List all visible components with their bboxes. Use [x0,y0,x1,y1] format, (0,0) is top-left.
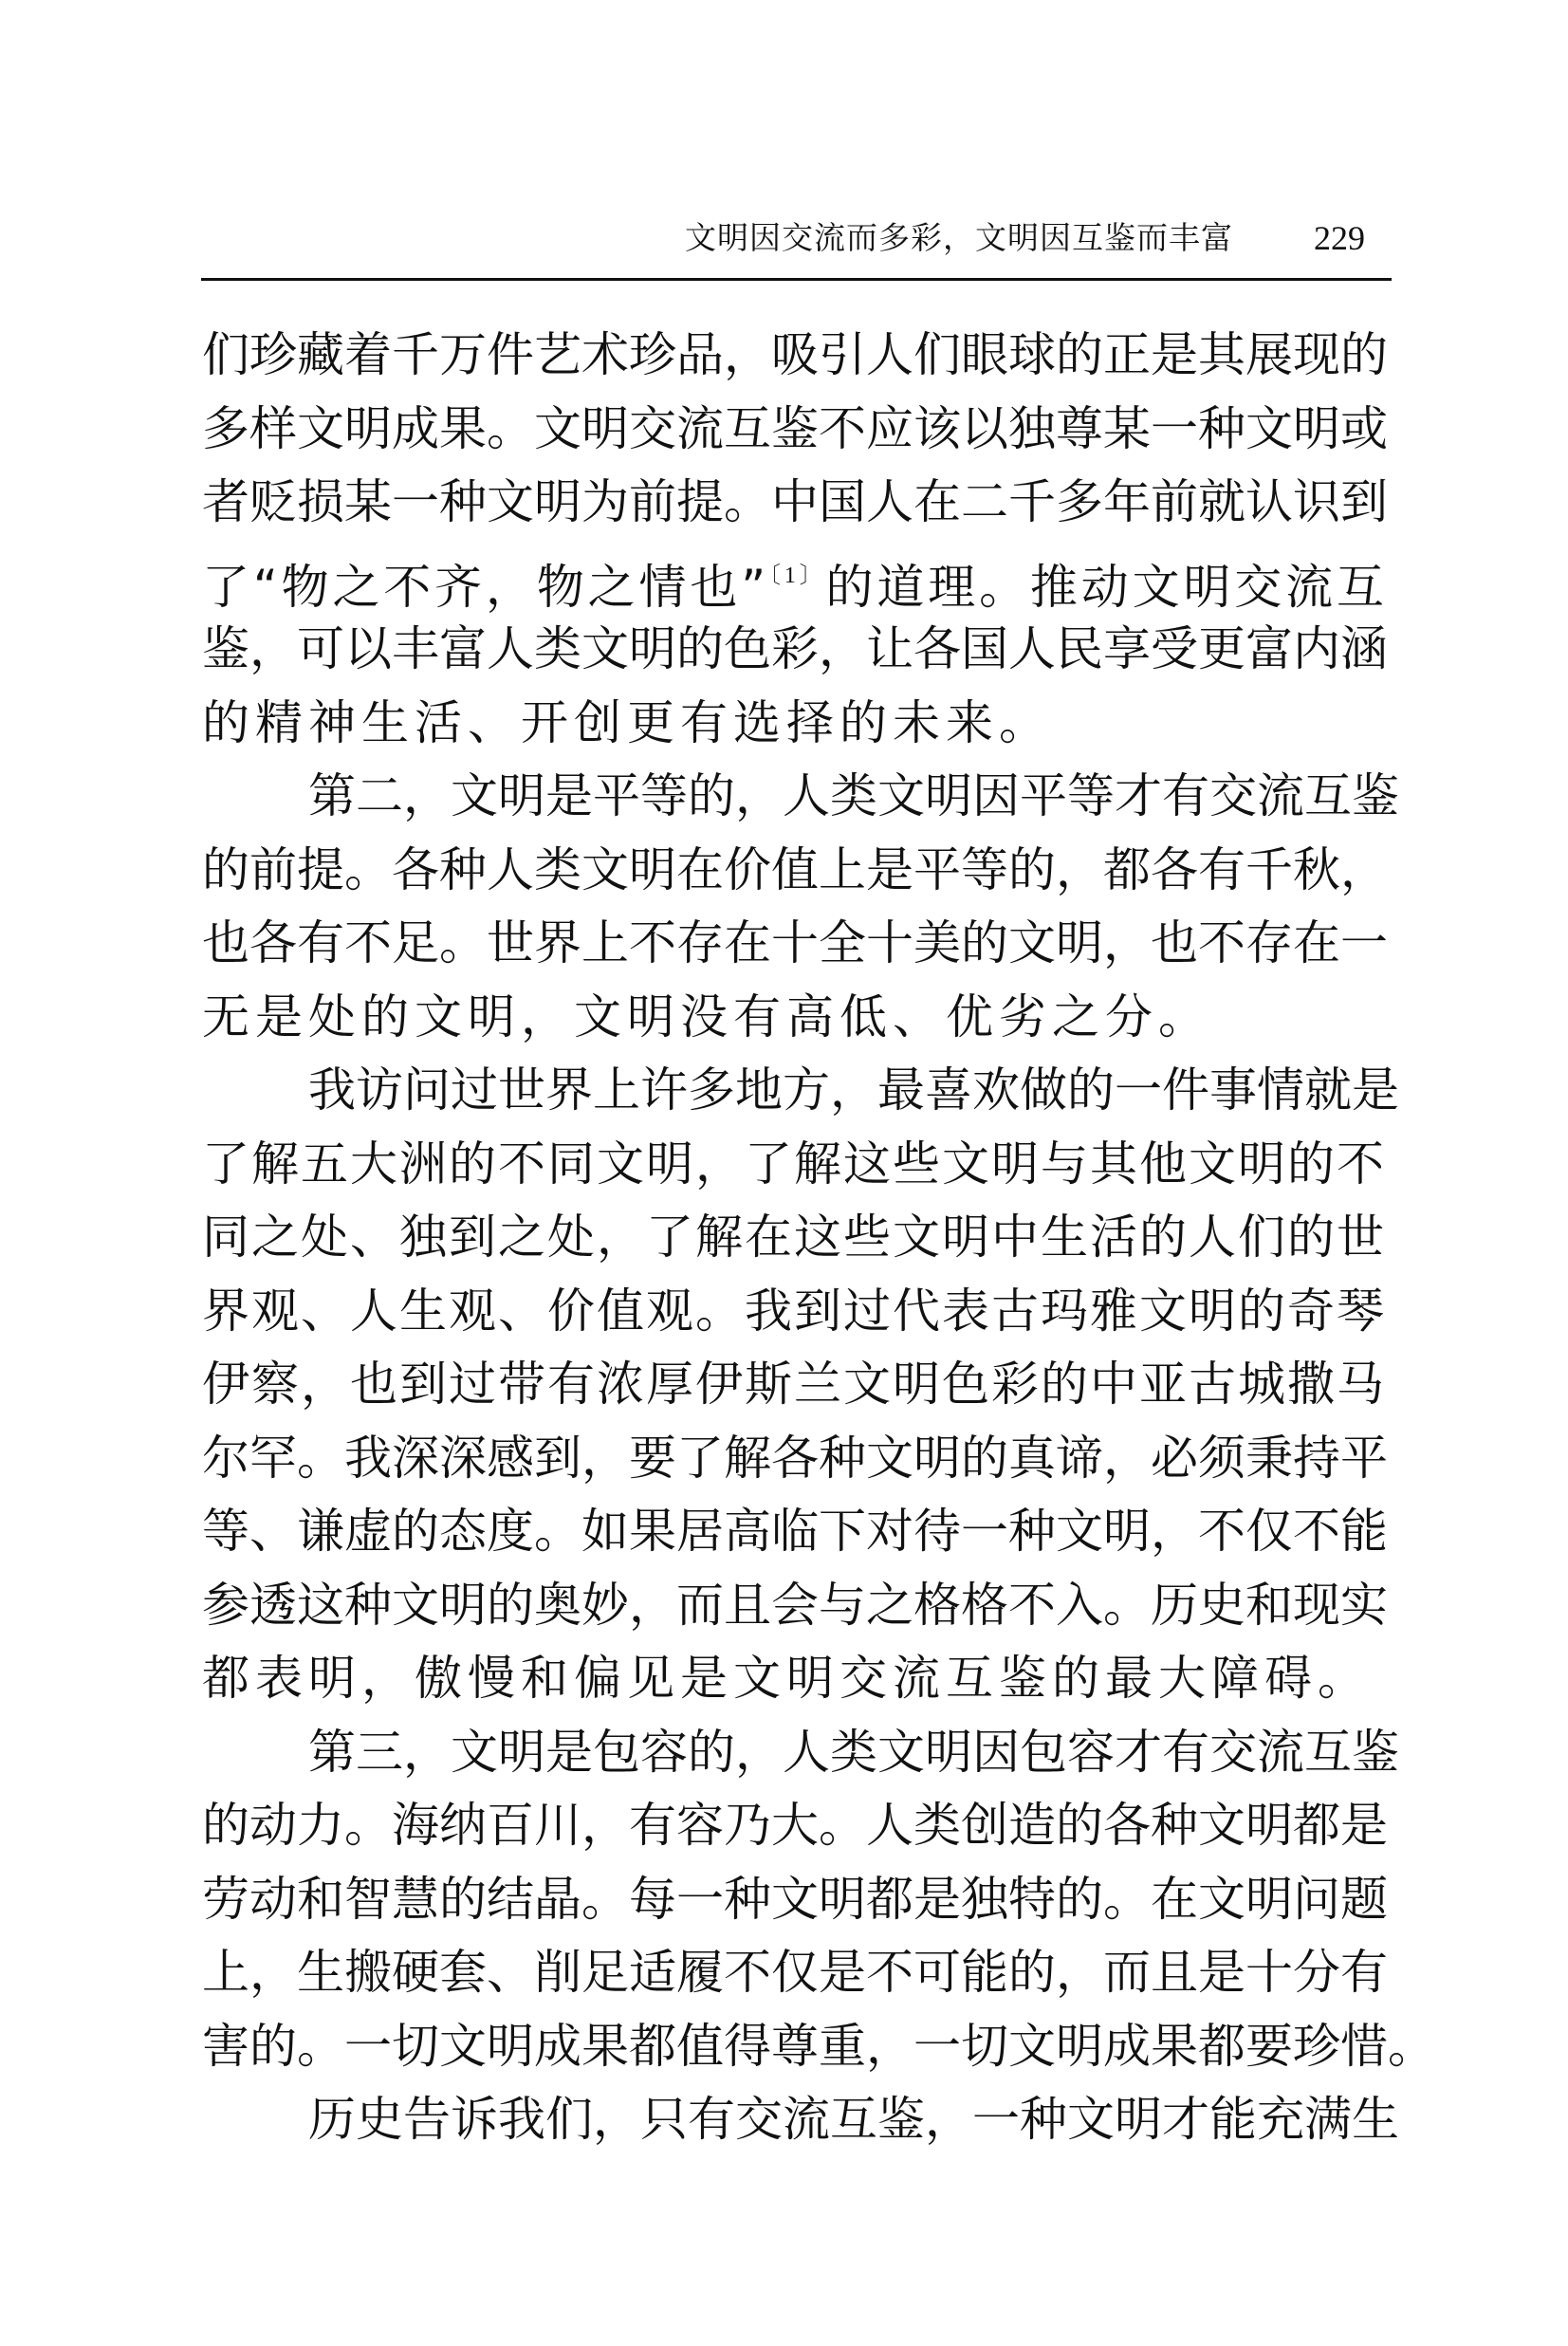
paragraph-start-visits: 我访问过世界上许多地方，最喜欢做的一件事情就是 [202,1060,1384,1134]
text-line: 鉴，可以丰富人类文明的色彩，让各国人民享受更富内涵 [202,619,1384,693]
header-rule [201,278,1392,281]
text-line: 也各有不足。世界上不存在十全十美的文明，也不存在一 [202,913,1384,987]
running-head: 文明因交流而多彩，文明因互鉴而丰富 229 [201,214,1392,262]
quote-tail: 的道理。推动文明交流互 [826,560,1384,615]
text-line: 参透这种文明的奥妙，而且会与之格格不入。历史和现实 [202,1575,1384,1649]
paragraph-start-second: 第二，文明是平等的，人类文明因平等才有交流互鉴 [202,766,1384,840]
paragraph-start-history: 历史告诉我们，只有交流互鉴，一种文明才能充满生 [202,2089,1384,2163]
text-line: 们珍藏着千万件艺术珍品，吸引人们眼球的正是其展现的 [202,324,1384,398]
running-title: 文明因交流而多彩，文明因互鉴而丰富 [685,214,1233,262]
text-line: 者贬损某一种文明为前提。中国人在二千多年前就认识到 [202,471,1384,545]
text-line: 伊察，也到过带有浓厚伊斯兰文明色彩的中亚古城撒马 [202,1354,1384,1428]
text-line-paragraph-end: 的精神生活、开创更有选择的未来。 [202,693,1384,767]
text-line-paragraph-end: 害的。一切文明成果都值得尊重，一切文明成果都要珍惜。 [202,2016,1384,2090]
text-line-paragraph-end: 无是处的文明，文明没有高低、优劣之分。 [202,987,1384,1061]
text-line: 的前提。各种人类文明在价值上是平等的，都各有千秋， [202,840,1384,914]
text-line: 界观、人生观、价值观。我到过代表古玛雅文明的奇琴 [202,1281,1384,1355]
text-line: 劳动和智慧的结晶。每一种文明都是独特的。在文明问题 [202,1869,1384,1943]
quote-text: 了“物之不齐，物之情也” [202,560,766,615]
paragraph-start-third: 第三，文明是包容的，人类文明因包容才有交流互鉴 [202,1722,1384,1796]
text-line: 同之处、独到之处，了解在这些文明中生活的人们的世 [202,1207,1384,1281]
text-line: 尔罕。我深深感到，要了解各种文明的真谛，必须秉持平 [202,1428,1384,1502]
text-line-with-footnote: 了“物之不齐，物之情也”〔1〕的道理。推动文明交流互 [202,545,1384,619]
text-line: 的动力。海纳百川，有容乃大。人类创造的各种文明都是 [202,1795,1384,1869]
text-line: 等、谦虚的态度。如果居高临下对待一种文明，不仅不能 [202,1501,1384,1575]
page-number: 229 [1314,214,1365,262]
text-line: 了解五大洲的不同文明，了解这些文明与其他文明的不 [202,1134,1384,1208]
footnote-marker[interactable]: 〔1〕 [766,563,825,588]
text-line: 上，生搬硬套、削足适履不仅是不可能的，而且是十分有 [202,1942,1384,2016]
text-line-paragraph-end: 都表明，傲慢和偏见是文明交流互鉴的最大障碍。 [202,1648,1384,1722]
body-text: 们珍藏着千万件艺术珍品，吸引人们眼球的正是其展现的 多样文明成果。文明交流互鉴不… [202,324,1384,2163]
text-line: 多样文明成果。文明交流互鉴不应该以独尊某一种文明或 [202,398,1384,472]
